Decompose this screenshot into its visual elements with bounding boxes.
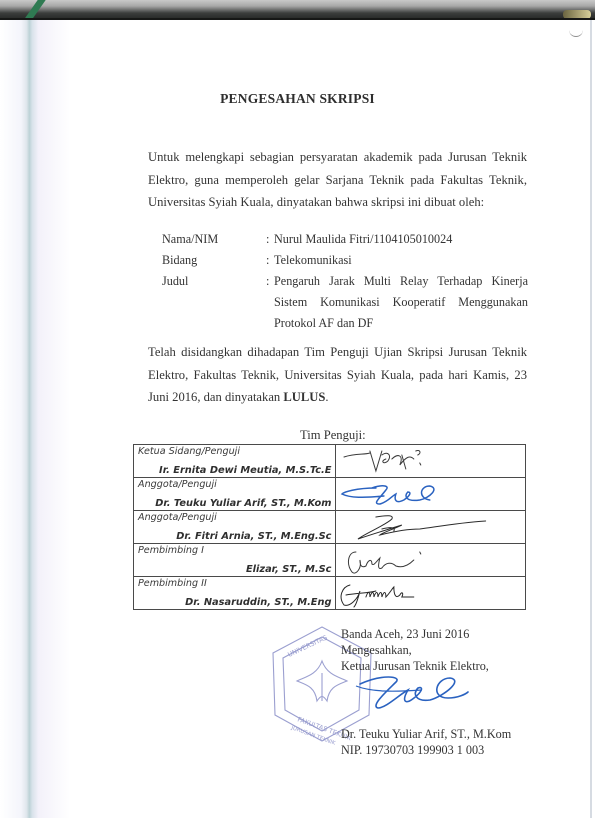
info-colon: :: [266, 271, 274, 334]
examiner-signature-cell: [336, 577, 526, 610]
examiner-role: Pembimbing I: [138, 545, 204, 556]
examiner-row: Anggota/PengujiDr. Fitri Arnia, ST., M.E…: [134, 511, 526, 544]
handwritten-signature-icon: [336, 445, 525, 477]
student-name-nim: Nurul Maulida Fitri/1104105010024: [274, 229, 528, 250]
info-row-bidang: Bidang : Telekomunikasi: [162, 250, 528, 271]
examiner-name-cell: Anggota/PengujiDr. Fitri Arnia, ST., M.E…: [134, 511, 336, 544]
examiner-role: Pembimbing II: [138, 578, 207, 589]
thesis-title-line: Sistem Komunikasi Kooperatif Menggunakan: [274, 292, 528, 313]
defense-period: .: [325, 390, 328, 404]
scan-top-edge: [0, 0, 595, 20]
examiner-signature-cell: [336, 478, 526, 511]
approved-label: Mengesahkan,: [341, 642, 511, 658]
place-date: Banda Aceh, 23 Juni 2016: [341, 626, 511, 642]
info-row-nama: Nama/NIM : Nurul Maulida Fitri/110410501…: [162, 229, 528, 250]
examiner-role: Ketua Sidang/Penguji: [138, 446, 240, 457]
info-value: Nurul Maulida Fitri/1104105010024: [274, 229, 528, 250]
defense-text: Telah disidangkan dihadapan Tim Penguji …: [148, 345, 527, 404]
examiner-name-cell: Pembimbing IIDr. Nasaruddin, ST., M.Eng: [134, 577, 336, 610]
field-of-study: Telekomunikasi: [274, 250, 528, 271]
svg-text:UNIVERSITAS: UNIVERSITAS: [286, 634, 328, 659]
thesis-title-line: Protokol AF dan DF: [274, 313, 528, 334]
info-row-judul: Judul : Pengaruh Jarak Multi Relay Terha…: [162, 271, 528, 334]
chair-signature: [352, 672, 470, 712]
thesis-title: Pengaruh Jarak Multi Relay Terhadap Kine…: [274, 271, 528, 334]
examiner-signature-cell: [336, 511, 526, 544]
examiner-row: Pembimbing IElizar, ST., M.Sc: [134, 544, 526, 577]
student-info: Nama/NIM : Nurul Maulida Fitri/110410501…: [162, 229, 528, 334]
examiner-row: Anggota/PengujiDr. Teuku Yuliar Arif, ST…: [134, 478, 526, 511]
handwritten-signature-icon: [336, 511, 525, 543]
page-title: PENGESAHAN SKRIPSI: [0, 91, 595, 107]
info-label: Bidang: [162, 250, 266, 271]
examiner-name-cell: Pembimbing IElizar, ST., M.Sc: [134, 544, 336, 577]
intro-paragraph: Untuk melengkapi sebagian persyaratan ak…: [148, 146, 527, 214]
examiner-row: Pembimbing IIDr. Nasaruddin, ST., M.Eng: [134, 577, 526, 610]
examiner-signature-cell: [336, 445, 526, 478]
examiner-name-cell: Anggota/PengujiDr. Teuku Yuliar Arif, ST…: [134, 478, 336, 511]
defense-result: LULUS: [283, 390, 325, 404]
info-label: Nama/NIM: [162, 229, 266, 250]
info-label: Judul: [162, 271, 266, 334]
info-value: Telekomunikasi: [274, 250, 528, 271]
examiner-role: Anggota/Penguji: [138, 479, 217, 490]
info-colon: :: [266, 229, 274, 250]
page-right-edge: [590, 20, 592, 818]
approver-name: Dr. Teuku Yuliar Arif, ST., M.Kom: [341, 726, 511, 742]
handwritten-signature-icon: [336, 478, 525, 510]
examiner-name: Dr. Teuku Yuliar Arif, ST., M.Kom: [155, 498, 331, 509]
examiner-row: Ketua Sidang/PengujiIr. Ernita Dewi Meut…: [134, 445, 526, 478]
defense-paragraph: Telah disidangkan dihadapan Tim Penguji …: [148, 341, 527, 409]
thesis-title-line: Pengaruh Jarak Multi Relay Terhadap Kine…: [274, 271, 528, 292]
examiner-signature-cell: [336, 544, 526, 577]
handwritten-signature-icon: [336, 544, 525, 576]
examiner-name-cell: Ketua Sidang/PengujiIr. Ernita Dewi Meut…: [134, 445, 336, 478]
info-colon: :: [266, 250, 274, 271]
examiners-label: Tim Penguji:: [300, 428, 366, 443]
examiners-table: Ketua Sidang/PengujiIr. Ernita Dewi Meut…: [133, 444, 526, 610]
examiner-name: Dr. Nasaruddin, ST., M.Eng: [185, 597, 331, 608]
page-binding-shadow: [0, 20, 70, 818]
approver-nip: NIP. 19730703 199903 1 003: [341, 742, 511, 758]
examiner-name: Dr. Fitri Arnia, ST., M.Eng.Sc: [176, 531, 331, 542]
examiner-name: Ir. Ernita Dewi Meutia, M.S.Tc.E: [159, 465, 331, 476]
scan-edge-line: [0, 18, 595, 20]
examiner-name: Elizar, ST., M.Sc: [246, 564, 332, 575]
examiner-role: Anggota/Penguji: [138, 512, 217, 523]
handwritten-signature-icon: [336, 577, 525, 609]
page-corner-curl: [569, 30, 583, 37]
